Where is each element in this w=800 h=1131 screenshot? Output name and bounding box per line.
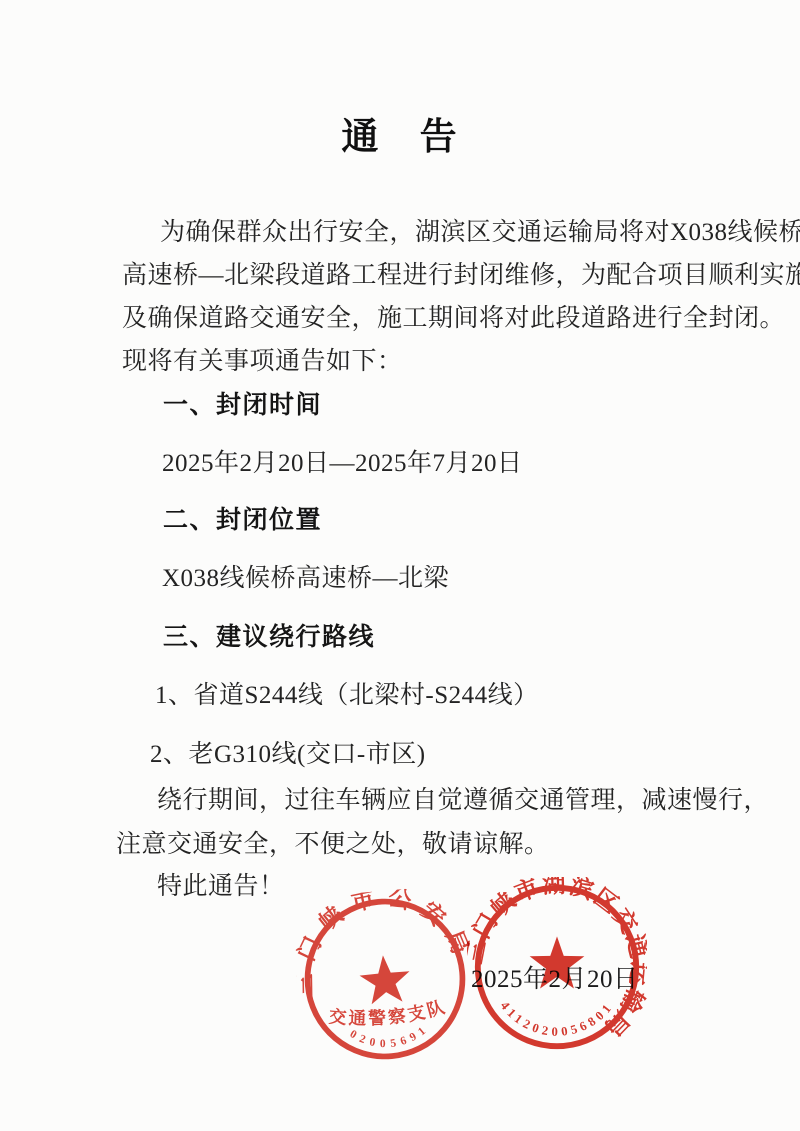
section-heading-detour-routes: 三、建议绕行路线 [163, 617, 375, 653]
detour-route-item: 1、省道S244线（北梁村-S244线） [155, 675, 539, 711]
section-heading-closure-location: 二、封闭位置 [163, 500, 322, 536]
body-line: 及确保道路交通安全，施工期间将对此段道路进行全封闭。 [122, 298, 785, 334]
body-line: 现将有关事项通告如下： [122, 341, 403, 377]
body-line: 为确保群众出行安全，湖滨区交通运输局将对X038线候桥 [160, 212, 800, 248]
notice-title: 通 告 [0, 106, 800, 160]
closure-location-value: X038线候桥高速桥—北梁 [162, 558, 449, 594]
closing-statement: 特此通告！ [157, 866, 285, 902]
notice-document-page: 通 告 为确保群众出行安全，湖滨区交通运输局将对X038线候桥 高速桥—北梁段道… [0, 0, 800, 1131]
closing-line: 绕行期间，过往车辆应自觉遵循交通管理，减速慢行， [157, 780, 769, 816]
transport-bureau-seal-stamp: 三门峡市湖滨区交通运输局 4112020056801 [467, 877, 647, 1057]
star-icon [358, 953, 412, 1005]
police-seal-stamp: 三门峡市公安局 交通警察支队 02005691 [290, 884, 481, 1075]
seal-banner-text: 交通警察支队 [326, 996, 450, 1033]
closure-time-value: 2025年2月20日—2025年7月20日 [162, 443, 523, 479]
detour-route-item: 2、老G310线(交口-市区) [150, 734, 426, 770]
star-icon [530, 936, 585, 988]
body-line: 高速桥—北梁段道路工程进行封闭维修，为配合项目顺利实施 [122, 255, 800, 291]
section-heading-closure-time: 一、封闭时间 [163, 385, 322, 421]
closing-line: 注意交通安全，不便之处，敬请谅解。 [116, 824, 550, 860]
